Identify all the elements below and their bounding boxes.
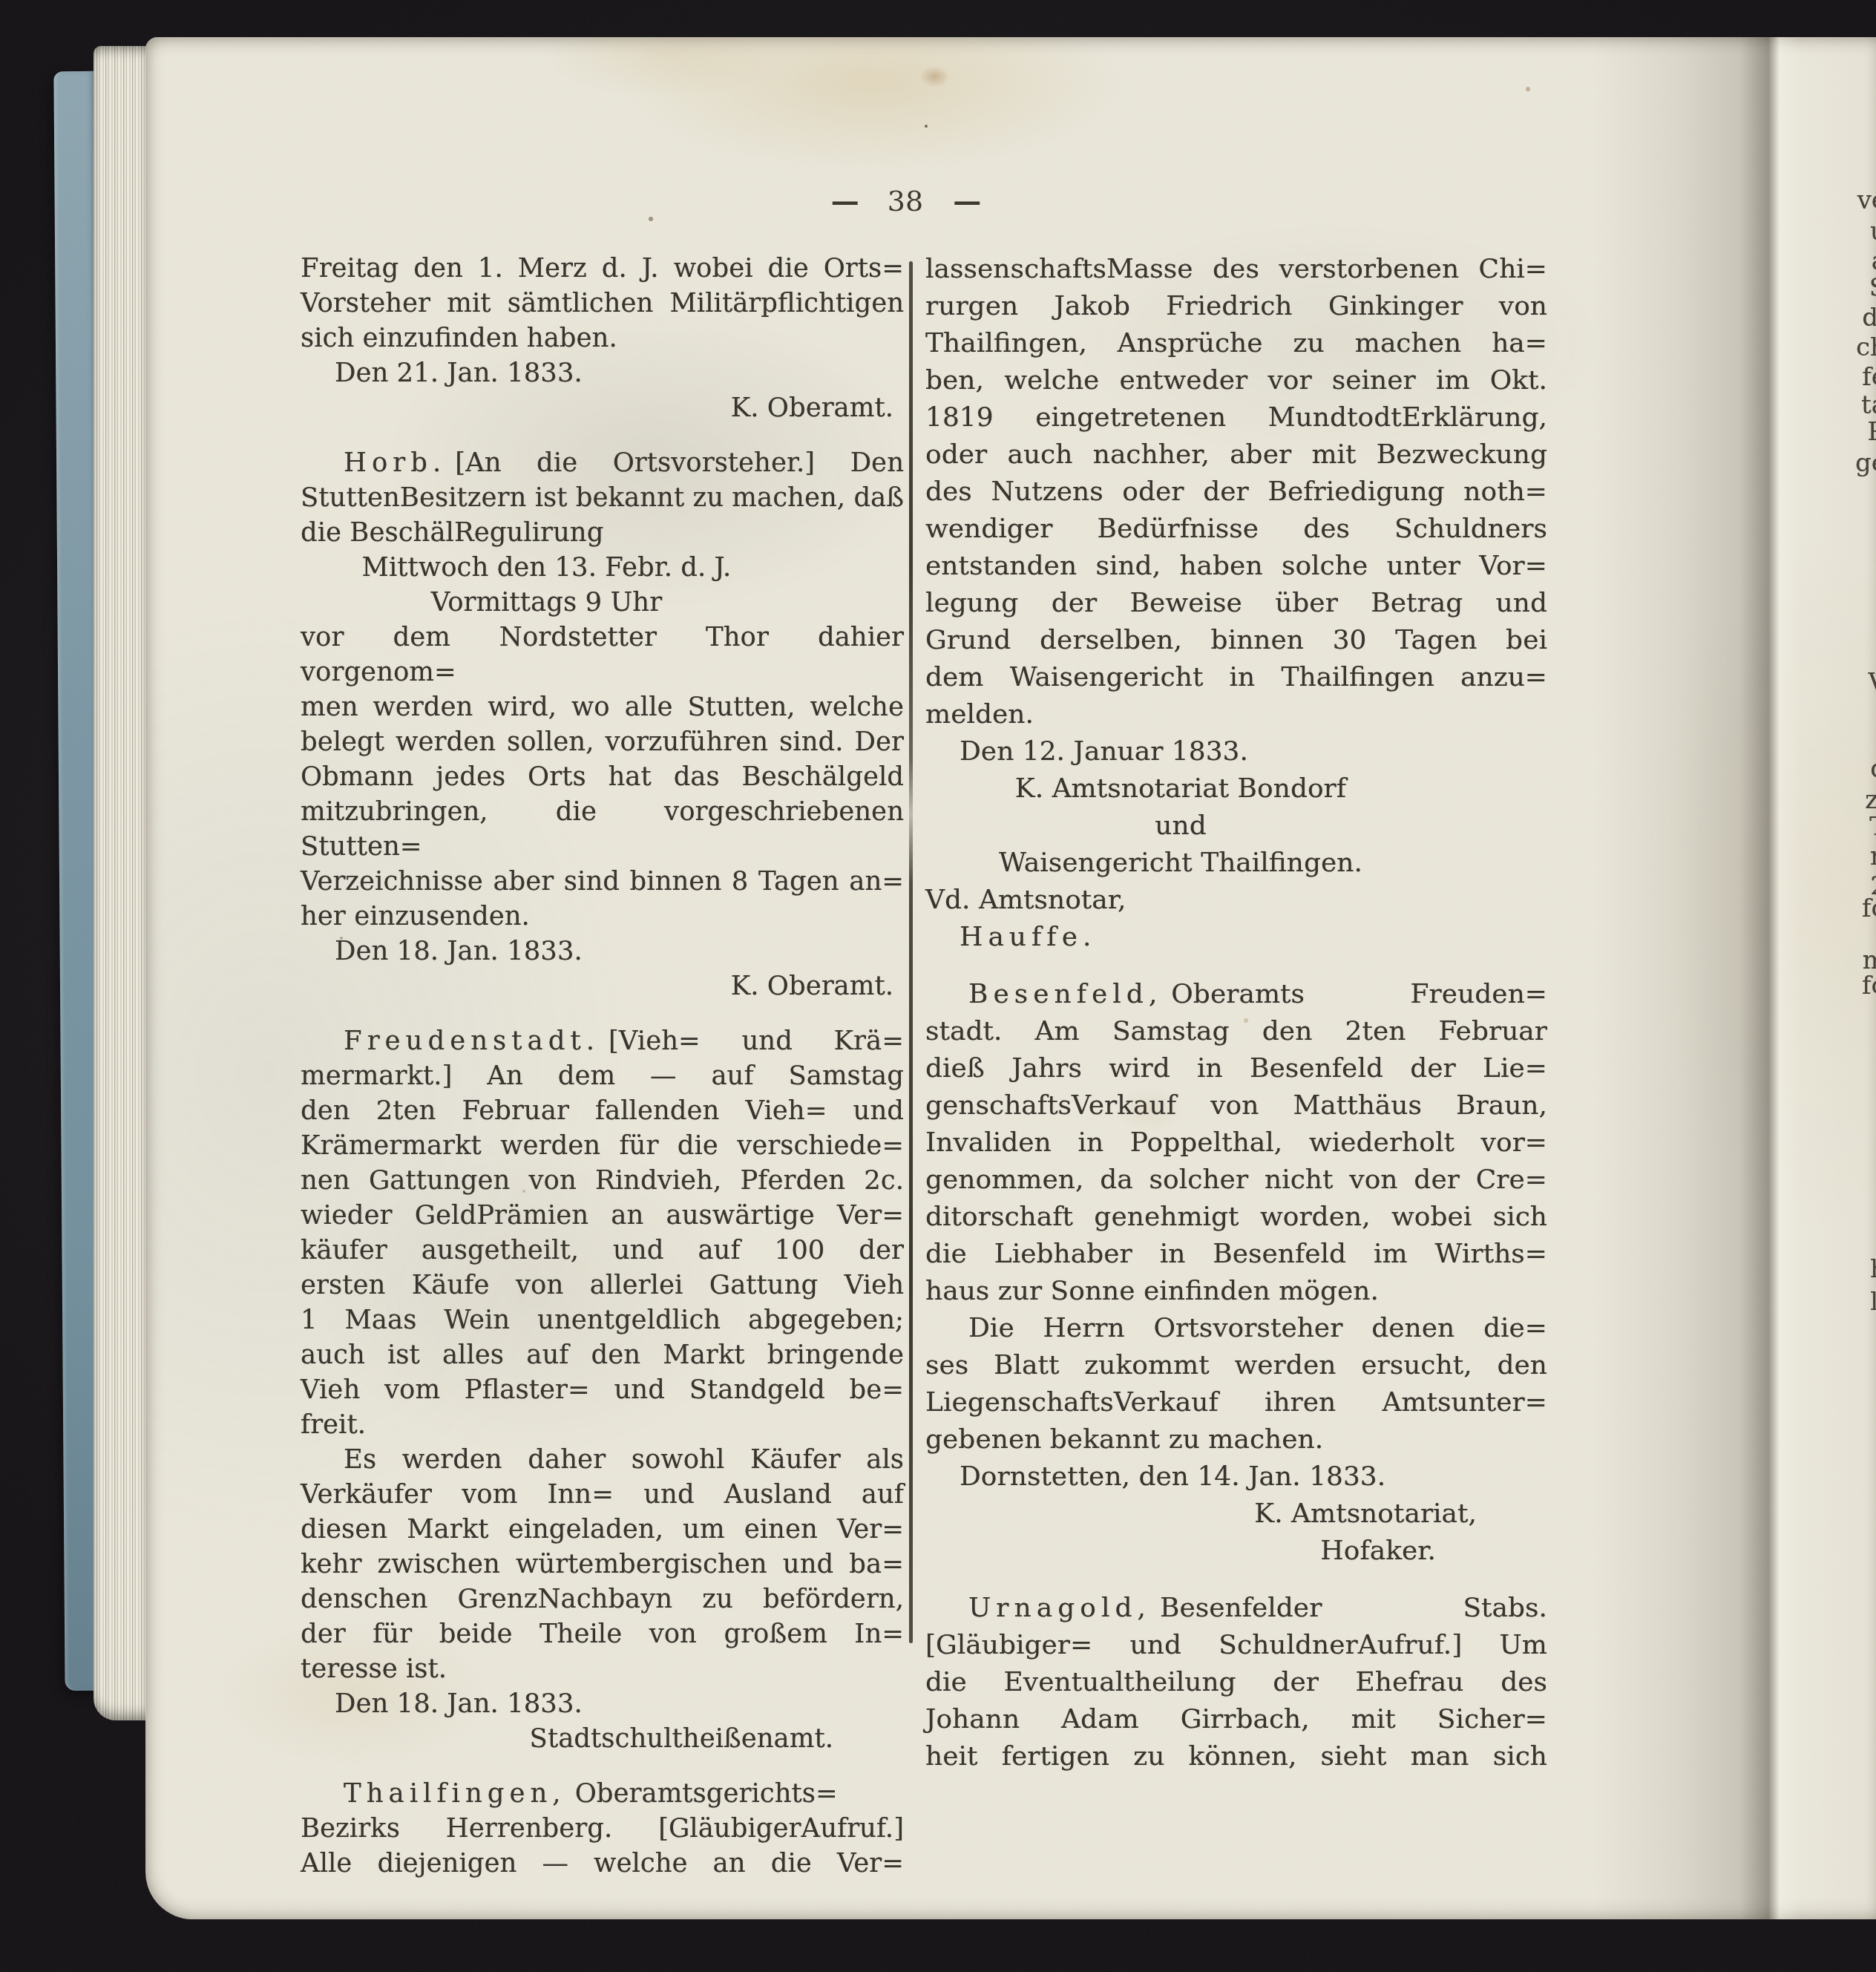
spaced-place-name: Horb.	[344, 448, 446, 478]
text-line: des Nutzens oder der Befriedigung noth=	[925, 474, 1547, 511]
text-line: nen Gattungen von Rindvieh, Pferden 2c.	[301, 1163, 904, 1198]
next-page-text-fragment: fo	[1862, 894, 1876, 923]
text-line: Vd. Amtsnotar,	[925, 882, 1547, 919]
next-page-text-fragment: ch	[1856, 333, 1876, 362]
next-page-text-fragment: S	[1869, 273, 1876, 303]
text-line: Bezirks Herrenberg. [GläubigerAufruf.]	[301, 1811, 904, 1846]
next-page-text-fragment: n	[1870, 842, 1876, 871]
text-line: auch ist alles auf den Markt bringende	[301, 1337, 904, 1372]
text-line: ben, welche entweder vor seiner im Okt.	[925, 362, 1547, 399]
text-line: Die Herrn Ortsvorsteher denen die=	[925, 1310, 1547, 1347]
text-line: Obmann jedes Orts hat das Beschälgeld	[301, 759, 904, 794]
text-line: Alle diejenigen — welche an die Ver=	[301, 1846, 904, 1881]
text-line: Freitag den 1. Merz d. J. wobei die Orts…	[301, 251, 904, 286]
text-line: genommen, da solcher nicht von der Cre=	[925, 1162, 1547, 1199]
line-rest: [Vieh= und Krä=	[609, 1026, 904, 1056]
text-line: belegt werden sollen, vorzuführen sind. …	[301, 724, 904, 759]
text-line: Vorsteher mit sämtlichen Militärpflichti…	[301, 286, 904, 321]
paragraph-indent	[925, 1336, 968, 1337]
paragraph-indent	[301, 471, 344, 471]
text-line: sich einzufinden haben.	[301, 321, 904, 356]
next-page-text-fragment: ve	[1857, 186, 1876, 215]
text-line: dem Waisengericht in Thailfingen anzu=	[925, 659, 1547, 696]
paragraph-indent	[301, 1049, 344, 1049]
text-line: denschen GrenzNachbayn zu befördern,	[301, 1582, 904, 1616]
next-page-text-fragment: V	[1868, 668, 1876, 698]
text-line: mermarkt.] An dem — auf Samstag	[301, 1058, 904, 1093]
spaced-place-name: Besenfeld,	[968, 979, 1162, 1009]
text-line: lassenschaftsMasse des verstorbenen Chi=	[925, 251, 1547, 288]
next-page-text-fragment: h	[1870, 1254, 1876, 1284]
text-line: StuttenBesitzern ist bekannt zu machen, …	[301, 480, 904, 515]
text-line: rurgen Jakob Friedrich Ginkinger von	[925, 288, 1547, 325]
text-line: Invaliden in Poppelthal, wiederholt vor=	[925, 1124, 1547, 1162]
text-line: Vormittags 9 Uhr	[301, 585, 904, 620]
page-number: — 38 —	[779, 184, 1032, 217]
text-line: vor dem Nordstetter Thor dahier vorgenom…	[301, 620, 904, 689]
text-line: ersten Käufe von allerlei Gattung Vieh	[301, 1268, 904, 1303]
next-page-text-fragment: di	[1862, 303, 1876, 333]
text-line: ditorschaft genehmigt worden, wobei sich	[925, 1199, 1547, 1236]
text-line: wieder GeldPrämien an auswärtige Ver=	[301, 1198, 904, 1233]
text-line: Den 12. Januar 1833.	[925, 733, 1547, 770]
text-line: freit.	[301, 1407, 904, 1442]
text-line: [Gläubiger= und SchuldnerAufruf.] Um	[925, 1627, 1547, 1664]
spaced-place-name: Urnagold,	[968, 1593, 1151, 1623]
text-line: her einzusenden.	[301, 899, 904, 934]
spaced-place-name: Thailfingen,	[344, 1778, 566, 1809]
next-page-edge-strip: veuaSdichfetaRgeVdziTn2fomfohli	[1824, 0, 1876, 1972]
text-line: teresse ist.	[301, 1651, 904, 1686]
text-line: mitzubringen, die vorgeschriebenen Stutt…	[301, 794, 904, 864]
text-line: gebenen bekannt zu machen.	[925, 1421, 1547, 1458]
line-rest: [An die Ortsvorsteher.] Den	[455, 448, 904, 478]
text-line: Thailfingen, Ansprüche zu machen ha=	[925, 325, 1547, 362]
text-line: haus zur Sonne einfinden mögen.	[925, 1273, 1547, 1310]
next-page-text-fragment: T	[1869, 812, 1876, 842]
next-page-text-fragment: d	[1870, 754, 1876, 784]
text-line: diesen Markt eingeladen, um einen Ver=	[301, 1512, 904, 1547]
text-line: der für beide Theile von großem In=	[301, 1616, 904, 1651]
text-line: Stadtschultheißenamt.	[301, 1721, 904, 1756]
page-number-value: 38	[888, 185, 923, 217]
text-line: Den 21. Jan. 1833.	[301, 356, 904, 390]
right-text-column: lassenschaftsMasse des verstorbenen Chi=…	[925, 251, 1547, 1775]
text-line: die BeschälRegulirung	[301, 515, 904, 550]
spaced-place-name: Freudenstadt.	[344, 1026, 600, 1056]
paragraph-indent	[301, 1801, 344, 1802]
scanned-book-photo: — 38 — Freitag den 1. Merz d. J. wobei d…	[0, 0, 1876, 1972]
text-line: die Liebhaber in Besenfeld im Wirths=	[925, 1236, 1547, 1273]
text-line: Grund derselben, binnen 30 Tagen bei	[925, 622, 1547, 659]
left-text-column: Freitag den 1. Merz d. J. wobei die Orts…	[301, 251, 904, 1881]
text-line: Mittwoch den 13. Febr. d. J.	[301, 550, 904, 585]
text-line: K. Oberamt.	[301, 390, 904, 425]
text-line: käufer ausgetheilt, und auf 100 der	[301, 1233, 904, 1268]
text-line: LiegenschaftsVerkauf ihren Amtsunter=	[925, 1384, 1547, 1421]
text-line: Horb.[An die Ortsvorsteher.] Den	[301, 445, 904, 480]
text-line: K. Oberamt.	[301, 969, 904, 1003]
next-page-text-fragment: fo	[1862, 971, 1876, 1000]
text-line: und	[925, 808, 1547, 845]
text-line: Johann Adam Girrbach, mit Sicher=	[925, 1701, 1547, 1738]
text-line: men werden wird, wo alle Stutten, welche	[301, 689, 904, 724]
text-line: kehr zwischen würtembergischen und ba=	[301, 1547, 904, 1582]
text-line: Krämermarkt werden für die verschiede=	[301, 1128, 904, 1163]
next-page-text-fragment: ta	[1861, 390, 1876, 420]
text-line: genschaftsVerkauf von Matthäus Braun,	[925, 1087, 1547, 1124]
paragraph-indent	[925, 1616, 968, 1616]
next-page-text-fragment: R	[1867, 417, 1876, 447]
text-line: Thailfingen,Oberamtsgerichts=	[301, 1776, 904, 1811]
text-line: entstanden sind, haben solche unter Vor=	[925, 548, 1547, 585]
text-line: stadt. Am Samstag den 2ten Februar	[925, 1013, 1547, 1050]
text-line: Verzeichnisse aber sind binnen 8 Tagen a…	[301, 864, 904, 899]
text-line: Vieh vom Pflaster= und Standgeld be=	[301, 1372, 904, 1407]
text-line: Urnagold,Besenfelder Stabs.	[925, 1590, 1547, 1627]
paragraph-indent	[301, 1467, 344, 1468]
text-line: Es werden daher sowohl Käufer als	[301, 1442, 904, 1477]
column-divider-rule	[909, 261, 913, 1643]
next-page-text-fragment: fe	[1862, 362, 1876, 392]
text-line: Hauffe.	[925, 919, 1547, 956]
text-line: Verkäufer vom Inn= und Ausland auf	[301, 1477, 904, 1512]
text-line: heit fertigen zu können, sieht man sich	[925, 1738, 1547, 1775]
line-rest: Oberamtsgerichts=	[575, 1778, 838, 1809]
line-rest: Oberamts Freuden=	[1171, 979, 1547, 1009]
text-line: Hofaker.	[925, 1533, 1547, 1570]
text-line: Den 18. Jan. 1833.	[301, 1686, 904, 1721]
line-rest: Besenfelder Stabs.	[1160, 1593, 1547, 1623]
paragraph-indent	[925, 1002, 968, 1003]
text-line: K. Amtsnotariat,	[925, 1496, 1547, 1533]
next-page-text-fragment: a	[1872, 246, 1876, 276]
page-number-dash: —	[953, 184, 980, 217]
next-page-text-fragment: li	[1870, 1287, 1876, 1317]
text-line: oder auch nachher, aber mit Bezweckung	[925, 436, 1547, 474]
page-stack-edge	[94, 46, 148, 1720]
text-line: den 2ten Februar fallenden Vieh= und	[301, 1093, 904, 1128]
text-line: K. Amtsnotariat Bondorf	[925, 770, 1547, 808]
text-line: Den 18. Jan. 1833.	[301, 934, 904, 969]
text-line: Waisengericht Thailfingen.	[925, 845, 1547, 882]
text-line: dieß Jahrs wird in Besenfeld der Lie=	[925, 1050, 1547, 1087]
text-line: Freudenstadt.[Vieh= und Krä=	[301, 1023, 904, 1058]
next-page-text-fragment: zi	[1865, 785, 1876, 815]
text-line: melden.	[925, 696, 1547, 733]
text-line: wendiger Bedürfnisse des Schuldners	[925, 511, 1547, 548]
text-line: 1819 eingetretenen MundtodtErklärung,	[925, 399, 1547, 436]
page-number-dash: —	[831, 184, 858, 217]
next-page-text-fragment: u	[1870, 217, 1876, 246]
text-line: Besenfeld,Oberamts Freuden=	[925, 976, 1547, 1013]
next-page-text-fragment: ge	[1855, 448, 1876, 478]
spaced-place-name: Hauffe.	[960, 922, 1096, 952]
text-line: ses Blatt zukommt werden ersucht, den	[925, 1347, 1547, 1384]
text-line: Dornstetten, den 14. Jan. 1833.	[925, 1458, 1547, 1496]
text-line: legung der Beweise über Betrag und	[925, 585, 1547, 622]
text-line: 1 Maas Wein unentgeldlich abgegeben;	[301, 1303, 904, 1337]
text-line: die Eventualtheilung der Ehefrau des	[925, 1664, 1547, 1701]
